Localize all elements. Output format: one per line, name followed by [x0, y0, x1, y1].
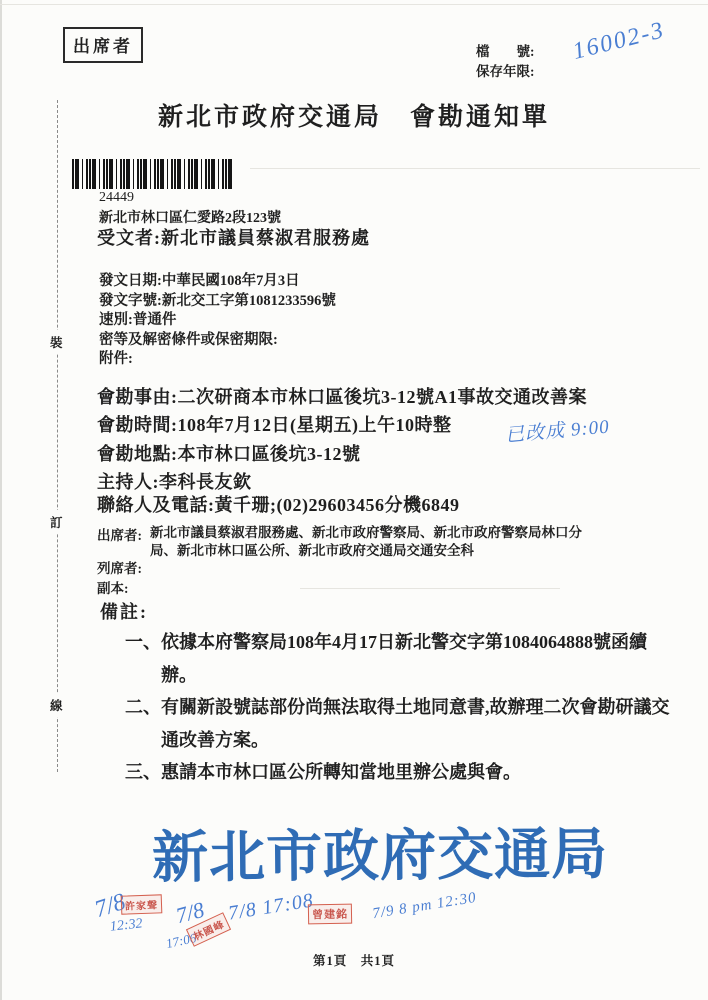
name-stamp-3: 曾建銘: [308, 904, 352, 925]
name-stamp-1: 許家聲: [121, 894, 163, 914]
file-no-label: 檔 號:: [476, 44, 535, 59]
priority-line: 速別:普通件: [99, 311, 336, 331]
handwritten-file-number: 16002-3: [570, 17, 668, 66]
scan-line-artifact: [250, 168, 700, 169]
scanned-document-page: 裝 訂 線 出席者 檔 號:保存年限: 16002-3 新北市政府交通局 會勘通…: [0, 0, 708, 1000]
agency-blue-stamp: 新北市政府交通局: [152, 810, 593, 894]
file-number-labels: 檔 號:保存年限:: [476, 42, 535, 82]
handwritten-time-1: 12:32: [109, 916, 143, 935]
inspection-time: 會勘時間:108年7月12日(星期五)上午10時整: [97, 411, 451, 437]
handwritten-time-change: 已改成 9:00: [504, 411, 611, 447]
barcode-number: 24449: [99, 190, 134, 206]
binding-dashed-line: [57, 100, 58, 772]
binding-mark-ding: 訂: [50, 510, 63, 534]
document-meta: 發文日期:中華民國108年7月3日 發文字號:新北交工字第1081233596號…: [99, 272, 336, 370]
scan-line-artifact: [300, 588, 560, 589]
remark-item-1: 一、依據本府警察局108年4月17日新北警交字第1084064888號函續辦。: [125, 626, 673, 691]
handwritten-datetime-3: 7/8 17:08: [227, 889, 316, 925]
inspection-location: 會勘地點:本市林口區後坑3-12號: [97, 440, 361, 466]
contact-person-phone: 聯絡人及電話:黃千珊;(02)29603456分機6849: [97, 491, 459, 517]
attachment-line: 附件:: [99, 350, 336, 370]
barcode: [72, 159, 235, 189]
remarks-list: 一、依據本府警察局108年4月17日新北警交字第1084064888號函續辦。 …: [125, 626, 673, 789]
scan-edge-artifact: [0, 0, 2, 1000]
inspection-subject: 會勘事由:二次研商本市林口區後坑3-12號A1事故交通改善案: [97, 383, 587, 409]
attendees-label: 出席者:: [97, 524, 142, 544]
scan-line-artifact: [0, 4, 708, 5]
classification-line: 密等及解密條件或保密期限:: [99, 331, 336, 351]
cc-label: 副本:: [97, 577, 129, 597]
recipient-line: 受文者:新北市議員蔡淑君服務處: [97, 224, 370, 250]
remarks-label: 備註:: [100, 598, 148, 624]
attendee-box-label: 出席者: [63, 27, 143, 63]
doc-number-line: 發文字號:新北交工字第1081233596號: [99, 292, 336, 312]
remark-item-2: 二、有關新設號誌部份尚無法取得土地同意書,故辦理二次會勘研議交通改善方案。: [125, 691, 673, 756]
document-title: 新北市政府交通局 會勘通知單: [0, 97, 708, 133]
remark-item-3: 三、惠請本市林口區公所轉知當地里辦公處與會。: [125, 756, 673, 789]
page-number-footer: 第1頁 共1頁: [0, 951, 708, 969]
observers-label: 列席者:: [97, 557, 142, 577]
handwritten-datetime-4: 7/9 8 pm 12:30: [371, 890, 478, 923]
attendees-list: 新北市議員蔡淑君服務處、新北市政府警察局、新北市政府警察局林口分局、新北市林口區…: [150, 524, 602, 560]
issue-date-line: 發文日期:中華民國108年7月3日: [99, 272, 336, 292]
retention-label: 保存年限:: [476, 64, 535, 79]
binding-mark-zhuang: 裝: [50, 330, 63, 354]
binding-mark-xian: 線: [50, 693, 63, 717]
